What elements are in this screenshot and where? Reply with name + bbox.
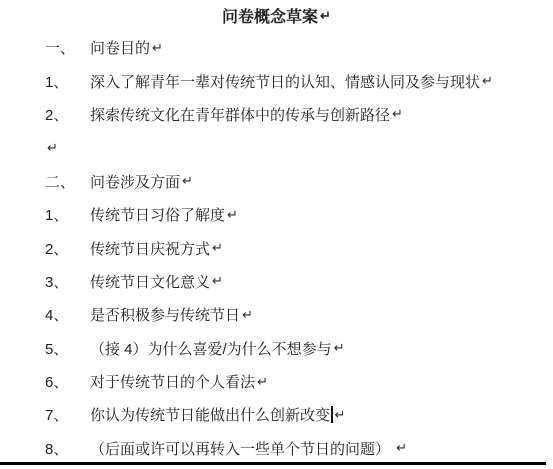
- paragraph-mark-icon: ↵: [335, 407, 346, 423]
- document-line[interactable]: 2、传统节日庆祝方式↵: [0, 231, 553, 264]
- paragraph-mark-icon: ↵: [482, 73, 493, 89]
- line-number: 5、: [45, 338, 90, 359]
- line-number: 3、: [45, 271, 90, 292]
- line-number: 2、: [45, 104, 90, 125]
- paragraph-mark-icon: ↵: [47, 140, 58, 156]
- line-number: 一、: [45, 37, 90, 58]
- bottom-rule: [0, 462, 546, 465]
- paragraph-mark-icon: ↵: [227, 207, 238, 223]
- document-title: 问卷概念草案: [222, 4, 318, 27]
- line-text: （接 4）为什么喜爱/为什么不想参与: [90, 338, 332, 359]
- line-text: 你认为传统节日能做出什么创新改变: [90, 404, 330, 425]
- text-cursor: [331, 406, 333, 423]
- line-text: 对于传统节日的个人看法: [90, 371, 255, 392]
- line-text: 传统节日文化意义: [90, 271, 210, 292]
- paragraph-mark-icon: ↵: [152, 40, 163, 56]
- document-line[interactable]: 1、传统节日习俗了解度↵: [0, 198, 553, 231]
- document-page: 问卷概念草案↵ 一、问卷目的↵ 1、深入了解青年一辈对传统节日的认知、情感认同及…: [0, 0, 553, 469]
- line-text: 传统节日庆祝方式: [90, 238, 210, 259]
- document-line[interactable]: 3、传统节日文化意义↵: [0, 265, 553, 298]
- paragraph-mark-icon: ↵: [320, 8, 331, 24]
- document-line[interactable]: 二、问卷涉及方面↵: [0, 165, 553, 198]
- line-number: 1、: [45, 204, 90, 225]
- document-title-row[interactable]: 问卷概念草案↵: [0, 0, 553, 31]
- paragraph-mark-icon: ↵: [334, 340, 345, 356]
- document-line[interactable]: 2、探索传统文化在青年群体中的传承与创新路径↵: [0, 98, 553, 131]
- line-text: 深入了解青年一辈对传统节日的认知、情感认同及参与现状: [90, 71, 480, 92]
- line-text: 探索传统文化在青年群体中的传承与创新路径: [90, 104, 390, 125]
- line-text: 是否积极参与传统节日: [90, 304, 240, 325]
- line-number: 4、: [45, 304, 90, 325]
- paragraph-mark-icon: ↵: [396, 440, 407, 456]
- document-empty-line[interactable]: ↵: [0, 131, 553, 164]
- paragraph-mark-icon: ↵: [242, 307, 253, 323]
- paragraph-mark-icon: ↵: [212, 240, 223, 256]
- line-text: 传统节日习俗了解度: [90, 204, 225, 225]
- line-number: 7、: [45, 404, 90, 425]
- paragraph-mark-icon: ↵: [182, 173, 193, 189]
- document-line[interactable]: 8、（后面或许可以再转入一些单个节日的问题） ↵: [0, 432, 553, 465]
- document-line[interactable]: 4、是否积极参与传统节日↵: [0, 298, 553, 331]
- line-text: 问卷涉及方面: [90, 171, 180, 192]
- line-number: 二、: [45, 171, 90, 192]
- line-number: 2、: [45, 238, 90, 259]
- document-line[interactable]: 5、（接 4）为什么喜爱/为什么不想参与↵: [0, 332, 553, 365]
- document-line[interactable]: 7、你认为传统节日能做出什么创新改变↵: [0, 398, 553, 431]
- line-number: 8、: [45, 438, 90, 459]
- document-line[interactable]: 一、问卷目的↵: [0, 31, 553, 64]
- line-text: （后面或许可以再转入一些单个节日的问题）: [90, 438, 394, 459]
- paragraph-mark-icon: ↵: [212, 273, 223, 289]
- document-line[interactable]: 6、对于传统节日的个人看法↵: [0, 365, 553, 398]
- paragraph-mark-icon: ↵: [257, 374, 268, 390]
- paragraph-mark-icon: ↵: [392, 106, 403, 122]
- line-text: 问卷目的: [90, 37, 150, 58]
- document-line[interactable]: 1、深入了解青年一辈对传统节日的认知、情感认同及参与现状↵: [0, 64, 553, 97]
- line-number: 1、: [45, 71, 90, 92]
- line-number: 6、: [45, 371, 90, 392]
